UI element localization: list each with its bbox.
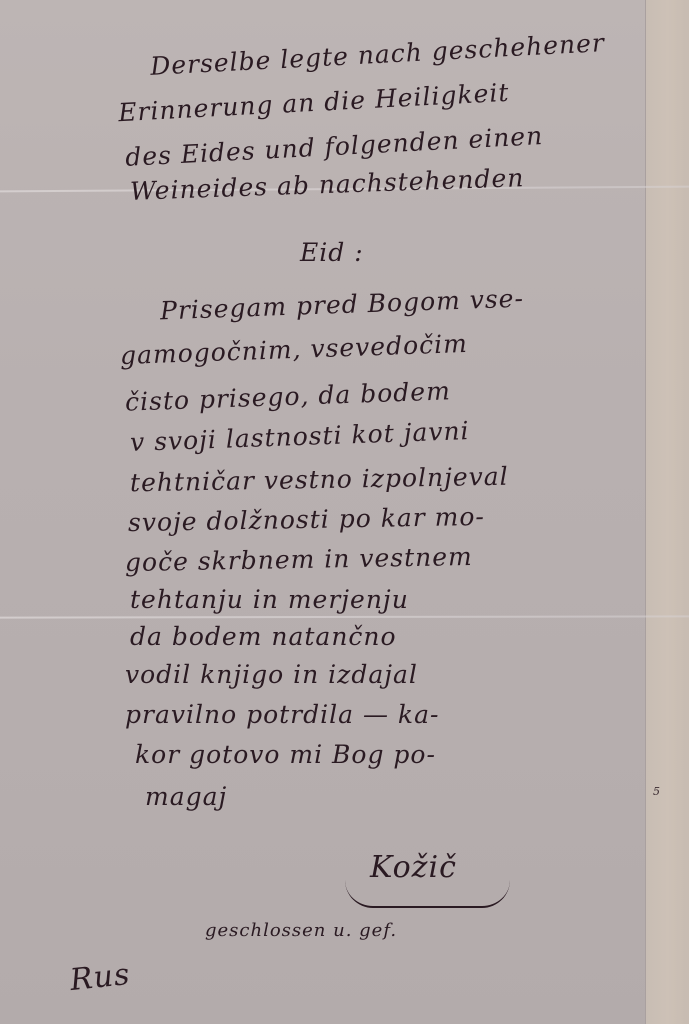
signature-left: Rus <box>68 957 132 998</box>
oath-line: pravilno potrdila — ka- <box>125 700 439 729</box>
oath-line: tehtanju in merjenju <box>130 585 409 614</box>
oath-heading: Eid : <box>300 238 364 267</box>
signature-flourish <box>345 880 510 908</box>
page-number: 5 <box>653 785 661 798</box>
underlying-page-edge <box>645 0 689 1024</box>
oath-line: kor gotovo mi Bog po- <box>135 740 436 769</box>
oath-line: vodil knjigo in izdajal <box>125 660 418 689</box>
closing-note: geschlossen u. gef. <box>205 920 397 941</box>
oath-line: da bodem natančno <box>130 622 397 651</box>
oath-line: magaj <box>145 782 227 811</box>
oath-line: goče skrbnem in vestnem <box>125 542 473 577</box>
